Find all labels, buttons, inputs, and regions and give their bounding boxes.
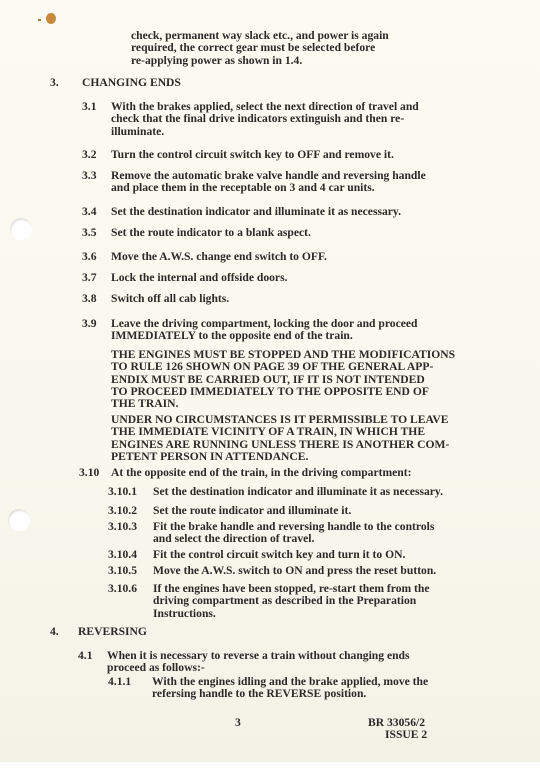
subitem-number: 3.10.4 [108, 549, 137, 561]
item-text-line: Set the route indicator to a blank aspec… [111, 227, 311, 239]
item-number: 3.5 [82, 227, 97, 239]
item-text-line: check that the final drive indicators ex… [111, 113, 404, 125]
subitem-number: 3.10.2 [108, 505, 137, 517]
warning-line: PETENT PERSON IN ATTENDANCE. [111, 451, 308, 463]
subitem-text-line: and select the direction of travel. [153, 533, 314, 545]
paragraph-line: check, permanent way slack etc., and pow… [131, 30, 389, 42]
stain-mark [46, 13, 56, 24]
item-text-line: illuminate. [111, 126, 164, 138]
item-text-line: Turn the control circuit switch key to O… [111, 149, 394, 161]
subitem-text-line: Move the A.W.S. switch to ON and press t… [153, 565, 436, 577]
subitem-text-line: driving compartment as described in the … [153, 595, 416, 607]
punch-hole-top [10, 218, 32, 240]
section-number: 3. [50, 77, 59, 89]
subitem-text-line: Set the route indicator and illuminate i… [153, 505, 351, 517]
subitem-number: 3.10.5 [108, 565, 137, 577]
page-edge [0, 762, 540, 768]
item-number: 3.1 [82, 101, 97, 113]
warning-line: THE TRAIN. [111, 398, 178, 410]
paragraph-line: re-applying power as shown in 1.4. [131, 55, 302, 67]
subitem-text-line: Instructions. [153, 608, 216, 620]
subitem-number: 3.10.3 [108, 521, 137, 533]
warning-line: TO RULE 126 SHOWN ON PAGE 39 OF THE GENE… [111, 361, 433, 373]
subitem-text-line: refersing handle to the REVERSE position… [152, 688, 366, 700]
item-text-line: Set the destination indicator and illumi… [111, 206, 401, 218]
item-text-line: Lock the internal and offside doors. [111, 272, 288, 284]
item-number: 3.3 [82, 170, 97, 182]
item-text-line: Move the A.W.S. change end switch to OFF… [111, 251, 327, 263]
item-text-line: IMMEDIATELY to the opposite end of the t… [111, 330, 353, 342]
page-number: 3 [235, 717, 241, 729]
item-number: 4.1 [78, 650, 93, 662]
item-text-line: At the opposite end of the train, in the… [111, 467, 411, 479]
subitem-text-line: Set the destination indicator and illumi… [153, 486, 443, 498]
item-text-line: proceed as follows:- [107, 662, 205, 674]
item-text-line: When it is necessary to reverse a train … [107, 650, 410, 662]
item-text-line: Leave the driving compartment, locking t… [111, 318, 417, 330]
item-text-line: With the brakes applied, select the next… [111, 101, 419, 113]
subitem-text-line: Fit the brake handle and reversing handl… [153, 521, 434, 533]
issue-label: ISSUE 2 [385, 729, 427, 741]
item-number: 3.2 [82, 149, 97, 161]
item-number: 3.9 [82, 318, 97, 330]
item-number: 3.8 [82, 293, 97, 305]
section-heading: CHANGING ENDS [82, 77, 181, 89]
item-text-line: Remove the automatic brake valve handle … [111, 170, 426, 182]
stain-mark-small [38, 19, 41, 21]
subitem-number: 3.10.1 [108, 486, 137, 498]
item-text-line: and place them in the receptable on 3 an… [111, 182, 375, 194]
warning-line: TO PROCEED IMMEDIATELY TO THE OPPOSITE E… [111, 386, 429, 398]
item-number: 3.7 [82, 272, 97, 284]
warning-line: THE IMMEDIATE VICINITY OF A TRAIN, IN WH… [111, 426, 425, 438]
warning-line: ENDIX MUST BE CARRIED OUT, IF IT IS NOT … [111, 374, 425, 386]
section-heading: REVERSING [78, 626, 147, 638]
subitem-text-line: Fit the control circuit switch key and t… [153, 549, 405, 561]
subitem-text-line: With the engines idling and the brake ap… [152, 676, 428, 688]
subitem-number: 3.10.6 [108, 583, 137, 595]
punch-hole-bottom [8, 509, 30, 531]
subitem-text-line: If the engines have been stopped, re-sta… [153, 583, 430, 595]
warning-line: ENGINES ARE RUNNING UNLESS THERE IS ANOT… [111, 439, 449, 451]
subitem-number: 4.1.1 [108, 676, 131, 688]
section-number: 4. [50, 626, 59, 638]
item-text-line: Switch off all cab lights. [111, 293, 229, 305]
item-number: 3.6 [82, 251, 97, 263]
item-number: 3.10 [79, 467, 99, 479]
paragraph-line: required, the correct gear must be selec… [131, 42, 375, 54]
item-number: 3.4 [82, 206, 97, 218]
warning-line: UNDER NO CIRCUMSTANCES IS IT PERMISSIBLE… [111, 414, 449, 426]
warning-line: THE ENGINES MUST BE STOPPED AND THE MODI… [111, 349, 455, 361]
